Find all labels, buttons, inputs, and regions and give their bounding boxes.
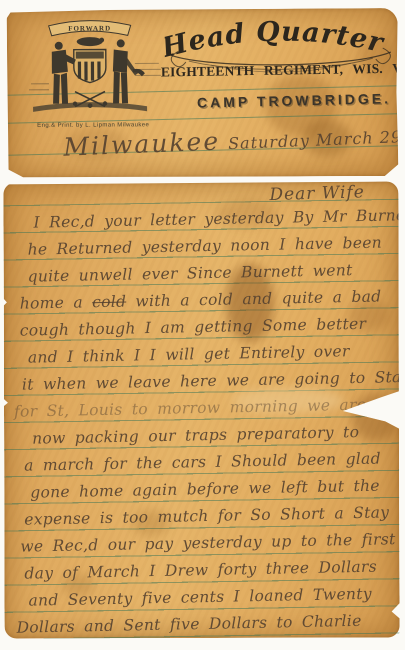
regiment-line: EIGHTEENTH REGIMENT, WIS. VOL: [161, 61, 401, 81]
seal-figures: [29, 37, 161, 112]
line-text: home a: [20, 293, 93, 312]
letter-sheet-body: Dear Wife I Rec,d your letter yesterday …: [3, 181, 399, 638]
camp-line: CAMP TROWBRIDGE.: [197, 90, 387, 110]
forward-banner-text: FORWARD: [68, 24, 111, 32]
svg-text:Head Quarters: Head Quarters: [165, 14, 388, 64]
engraver-credit: Eng.& Print. by L. Lipman Milwaukee: [37, 122, 167, 129]
struck-word: cold: [92, 293, 126, 312]
salutation: Dear Wife: [269, 182, 365, 205]
headquarters-title-text: Head Quarters: [165, 14, 388, 64]
scanned-letter: FORWARD: [0, 0, 405, 650]
dateline-day: Saturday March 29: [228, 127, 403, 153]
letter-sheet-top: FORWARD: [7, 8, 399, 178]
dateline-city: Milwaukee: [63, 126, 221, 161]
wisconsin-seal-vignette: FORWARD: [15, 13, 166, 122]
